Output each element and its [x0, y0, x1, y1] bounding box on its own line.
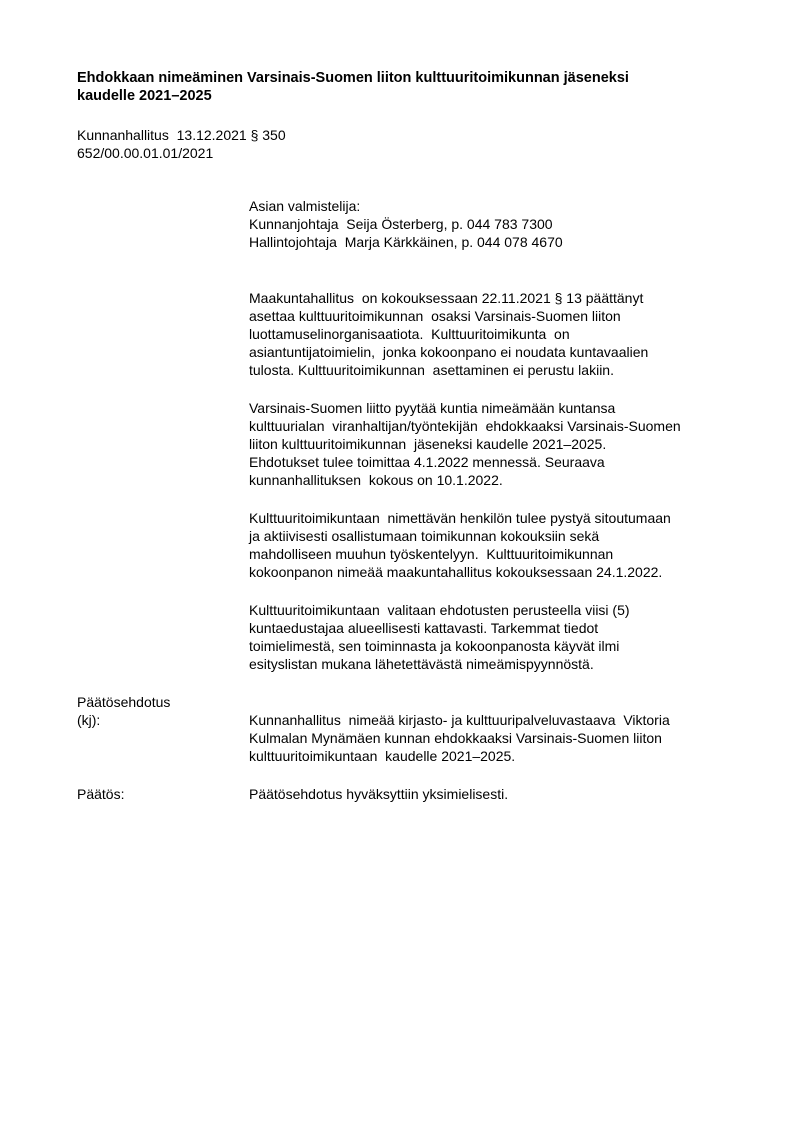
preparers-label: Asian valmistelija: — [249, 197, 749, 215]
decision-text: Päätösehdotus hyväksyttiin yksimielisest… — [249, 785, 749, 803]
paragraph-line: Kulttuuritoimikuntaan nimettävän henkilö… — [249, 509, 749, 527]
proposal-line: kulttuuritoimikuntaan kaudelle 2021–2025… — [249, 747, 749, 765]
paragraph-line: Maakuntahallitus on kokouksessaan 22.11.… — [249, 289, 749, 307]
paragraph-line: luottamuselinorganisaatiota. Kulttuurito… — [249, 325, 749, 343]
paragraph-4: Kulttuuritoimikuntaan valitaan ehdotuste… — [249, 601, 749, 673]
paragraph-line: esityslistan mukana lähetettävästä nimeä… — [249, 655, 749, 673]
title-line: Ehdokkaan nimeäminen Varsinais-Suomen li… — [77, 69, 757, 87]
preparer-line: Kunnanjohtaja Seija Österberg, p. 044 78… — [249, 215, 749, 233]
paragraph-line: toimielimestä, sen toiminnasta ja kokoon… — [249, 637, 749, 655]
paragraph-3: Kulttuuritoimikuntaan nimettävän henkilö… — [249, 509, 749, 581]
proposal-line: Kulmalan Mynämäen kunnan ehdokkaaksi Var… — [249, 729, 749, 747]
paragraph-line: kokoonpanon nimeää maakuntahallitus koko… — [249, 563, 749, 581]
paragraph-2: Varsinais-Suomen liitto pyytää kuntia ni… — [249, 399, 749, 489]
document-title: Ehdokkaan nimeäminen Varsinais-Suomen li… — [77, 69, 757, 105]
paragraph-line: Varsinais-Suomen liitto pyytää kuntia ni… — [249, 399, 749, 417]
paragraph-line: asiantuntijatoimielin, jonka kokoonpano … — [249, 343, 749, 361]
paragraph-line: ja aktiivisesti osallistumaan toimikunna… — [249, 527, 749, 545]
paragraph-line: Kulttuuritoimikuntaan valitaan ehdotuste… — [249, 601, 749, 619]
decision-label: Päätös: — [77, 785, 124, 803]
proposal-line: Kunnanhallitus nimeää kirjasto- ja kultt… — [249, 711, 749, 729]
record-number: 652/00.00.01.01/2021 — [77, 144, 286, 162]
paragraph-line: mahdolliseen muuhun työskentelyyn. Kultt… — [249, 545, 749, 563]
proposal-label-line: Päätösehdotus — [77, 693, 170, 711]
paragraph-line: liiton kulttuuritoimikunnan jäseneksi ka… — [249, 435, 749, 453]
document-page: Ehdokkaan nimeäminen Varsinais-Suomen li… — [0, 0, 794, 1122]
paragraph-line: asettaa kulttuuritoimikunnan osaksi Vars… — [249, 307, 749, 325]
paragraph-line: kulttuurialan viranhaltijan/työntekijän … — [249, 417, 749, 435]
paragraph-line: kuntaedustajaa alueellisesti kattavasti.… — [249, 619, 749, 637]
paragraph-line: Ehdotukset tulee toimittaa 4.1.2022 menn… — [249, 453, 749, 471]
paragraph-line: kunnanhallituksen kokous on 10.1.2022. — [249, 471, 749, 489]
meeting-meta: Kunnanhallitus 13.12.2021 § 350 652/00.0… — [77, 126, 286, 162]
preparer-line: Hallintojohtaja Marja Kärkkäinen, p. 044… — [249, 233, 749, 251]
proposal-label-line: (kj): — [77, 711, 170, 729]
proposal-text: Kunnanhallitus nimeää kirjasto- ja kultt… — [249, 711, 749, 765]
title-line: kaudelle 2021–2025 — [77, 87, 757, 105]
paragraph-line: tulosta. Kulttuuritoimikunnan asettamine… — [249, 361, 749, 379]
preparers-block: Asian valmistelija: Kunnanjohtaja Seija … — [249, 197, 749, 251]
meeting-date: Kunnanhallitus 13.12.2021 § 350 — [77, 126, 286, 144]
paragraph-1: Maakuntahallitus on kokouksessaan 22.11.… — [249, 289, 749, 379]
proposal-label: Päätösehdotus (kj): — [77, 693, 170, 729]
